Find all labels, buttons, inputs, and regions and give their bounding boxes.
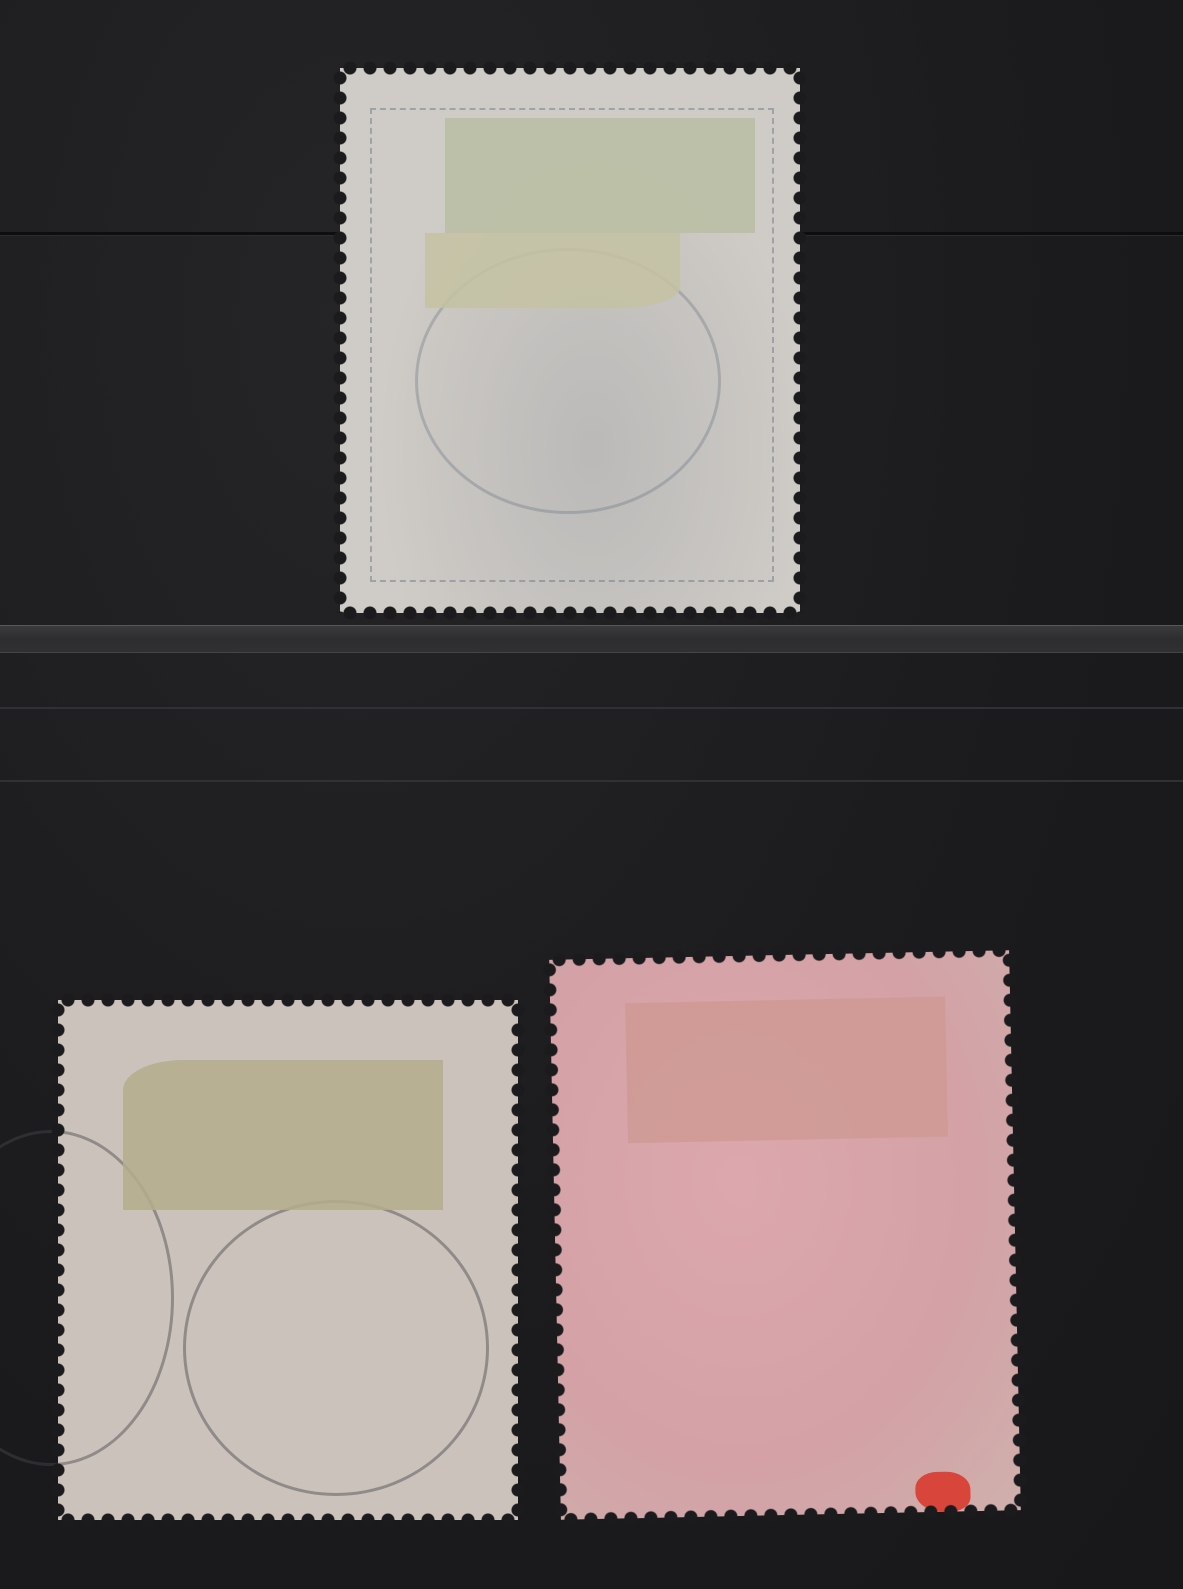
stamp-bottom-right	[549, 950, 1021, 1520]
stamp-bottom-left	[58, 1000, 518, 1520]
stock-page	[0, 0, 1183, 1589]
mounting-strip	[0, 625, 1183, 653]
perforation-edge	[792, 68, 808, 613]
perforation-edge	[58, 992, 518, 1008]
hinge-remnant	[625, 997, 948, 1144]
page-rule	[0, 707, 1183, 709]
page-rule	[0, 780, 1183, 782]
hinge-remnant	[445, 118, 755, 233]
perforation-edge	[340, 605, 800, 621]
hinge-remnant	[123, 1060, 443, 1210]
perforation-edge	[510, 1000, 526, 1520]
cancellation-ring	[183, 1200, 489, 1496]
perforation-edge	[332, 68, 348, 613]
perforation-edge	[340, 60, 800, 76]
perforation-edge	[50, 1000, 66, 1520]
stamp-top	[340, 68, 800, 613]
perforation-edge	[58, 1512, 518, 1528]
hinge-remnant	[425, 233, 680, 308]
